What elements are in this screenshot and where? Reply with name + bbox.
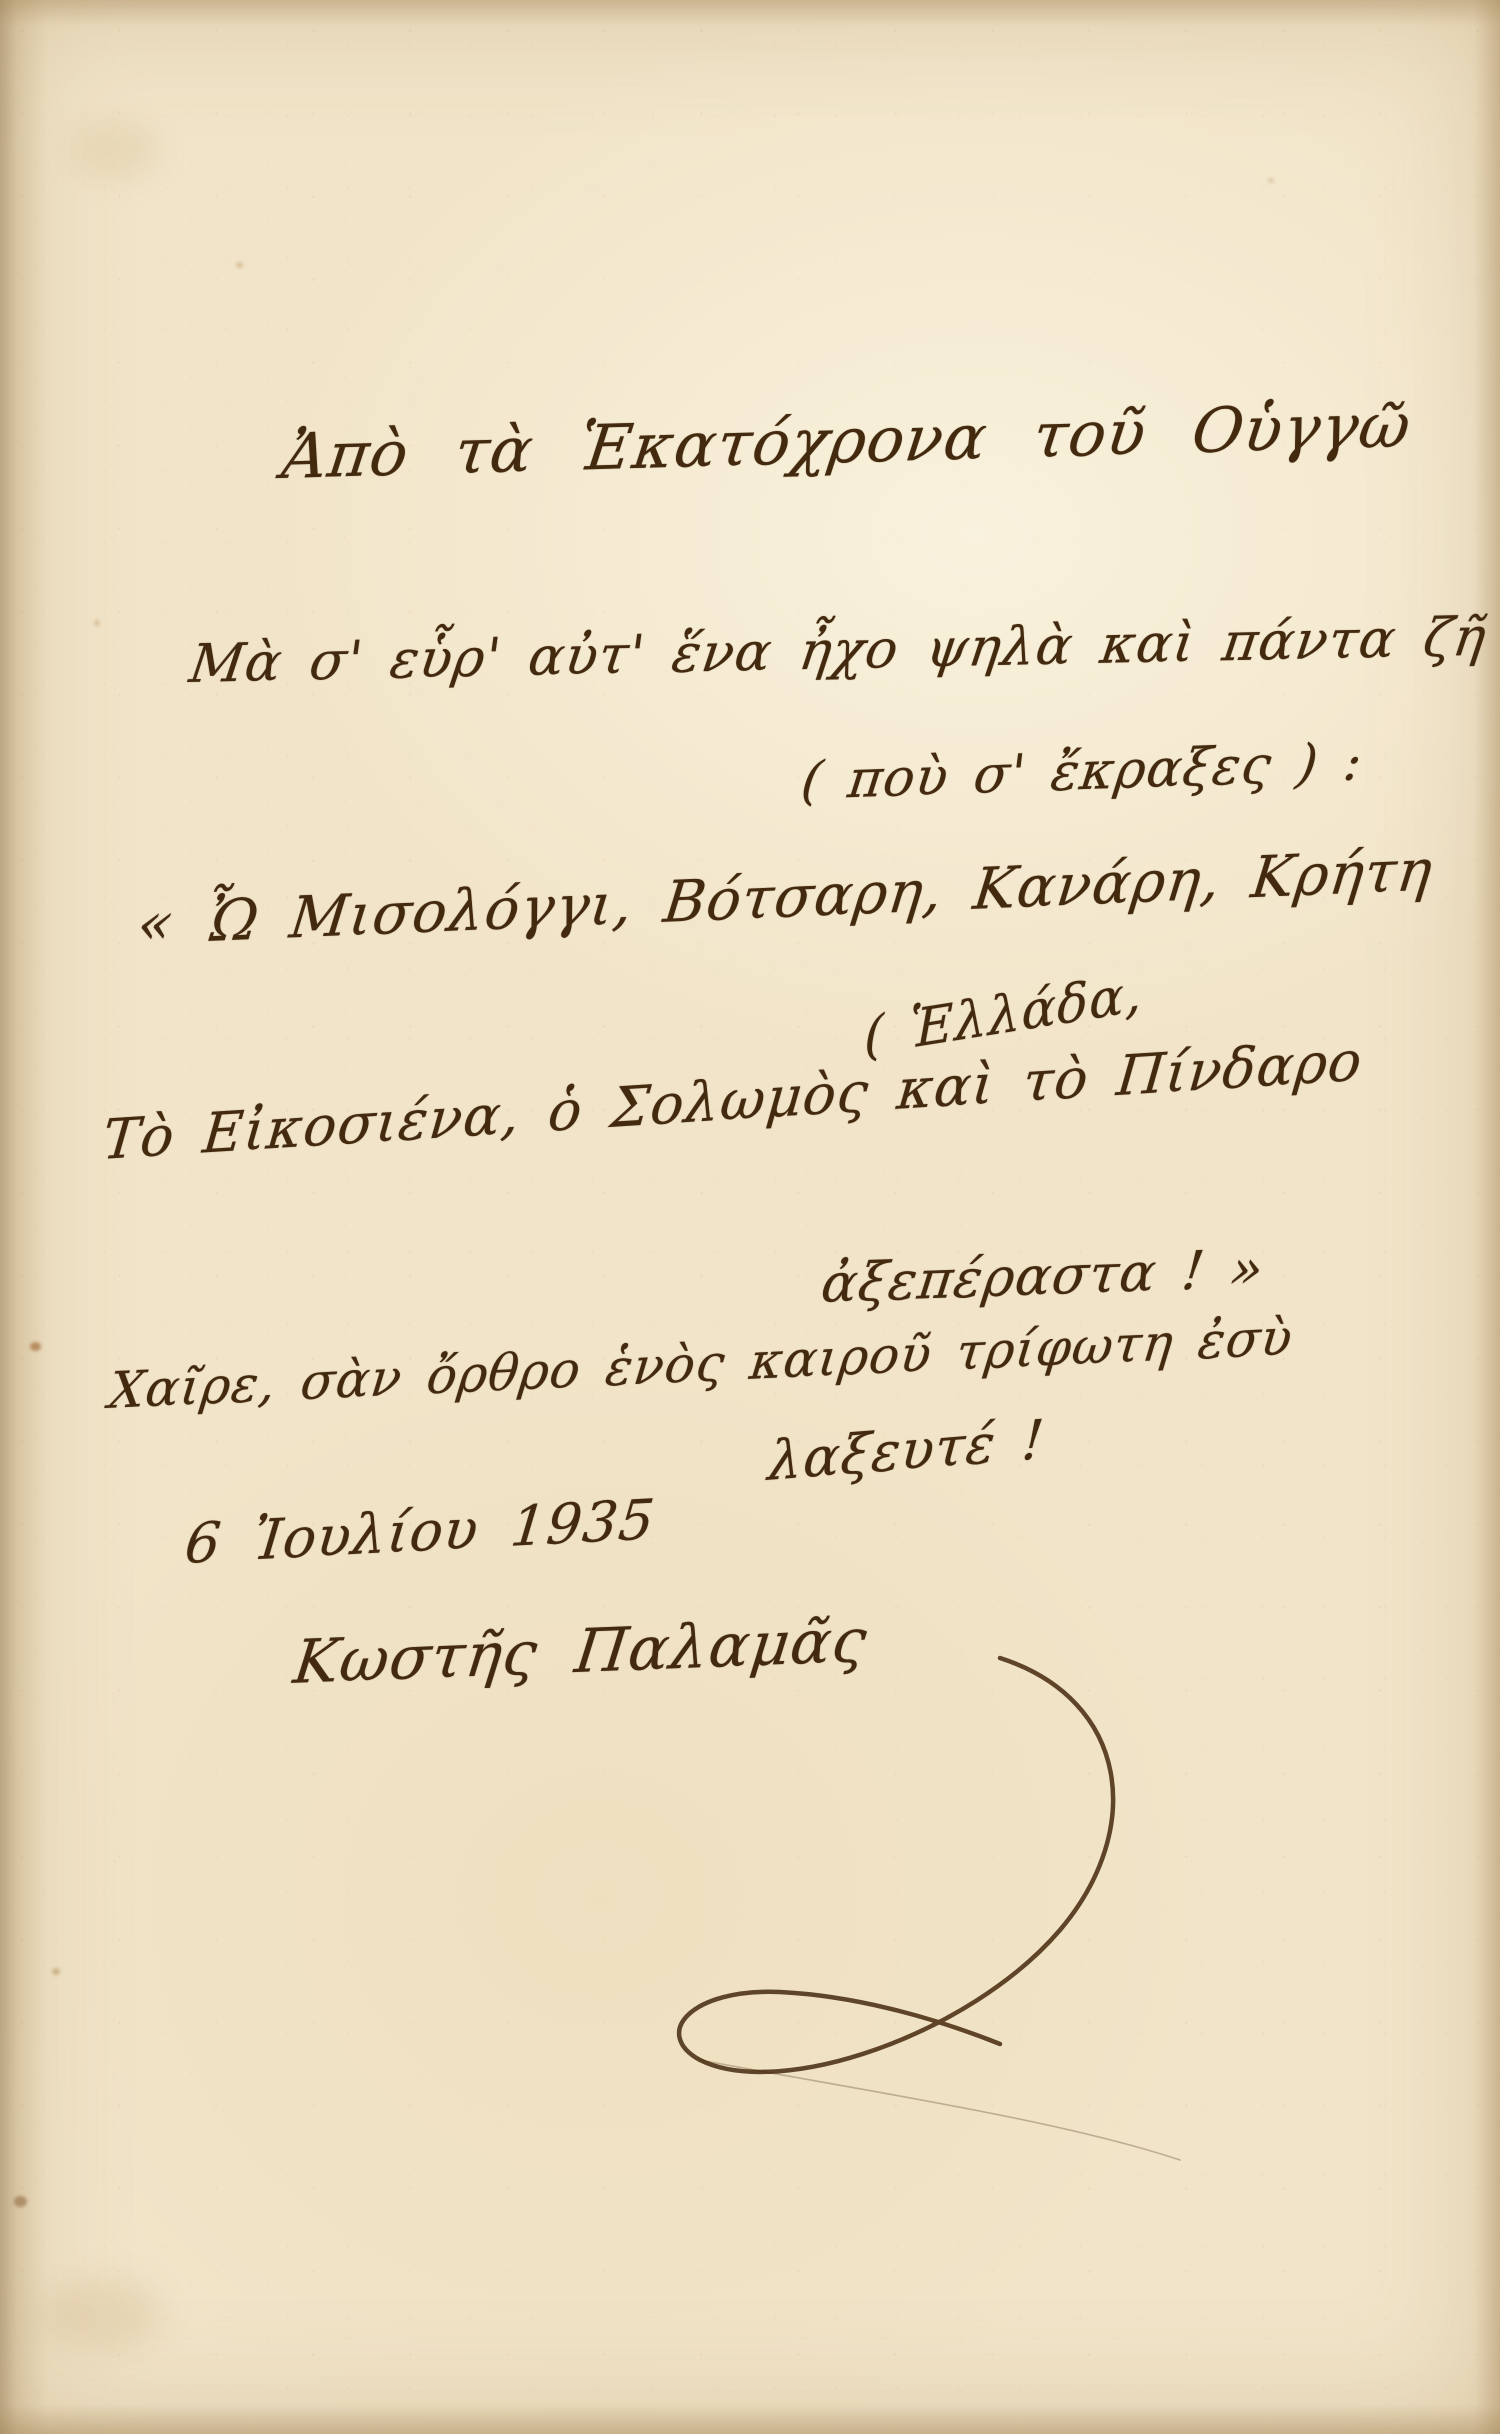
page-edge-shading-bottom [0,2404,1500,2434]
verse-line-2: « Ὦ Μισολόγγι, Βότσαρη, Κανάρη, Κρήτη [134,837,1436,958]
page-edge-shading-top [0,0,1500,26]
paper-stain [70,120,160,180]
page-edge-shading-left [0,0,48,2434]
date-line: 6 Ἰουλίου 1935 [182,1487,658,1576]
manuscript-page: Ἀπὸ τὰ Ἑκατόχρονα τοῦ Οὑγγῶ Μὰ σ' εὗρ' α… [0,0,1500,2434]
verse-line-6: λαξευτέ ! [766,1408,1047,1493]
foxing-spot [236,262,243,268]
foxing-spot [94,620,100,626]
signature-flourish [300,1620,1200,2200]
foxing-spot [1268,178,1274,183]
verse-line-4: ἀξεπέραστα ! » [818,1238,1268,1315]
verse-line-3: Τὸ Εἰκοσιένα, ὁ Σολωμὸς καὶ τὸ Πίνδαρο [100,1028,1365,1172]
page-edge-shading-right [1474,0,1500,2434]
signature: Κωστῆς Παλαμᾶς [290,1606,871,1698]
parenthetical-line: ( ποὺ σ' ἔκραξες ) : [798,732,1366,812]
verse-line-5: Χαῖρε, σὰν ὄρθρο ἑνὸς καιροῦ τρίφωτη ἐσὺ [106,1308,1296,1420]
inscription-title-line: Ἀπὸ τὰ Ἑκατόχρονα τοῦ Οὑγγῶ [278,388,1416,493]
paper-stain [40,2280,160,2350]
foxing-spot [52,1968,60,1975]
verse-line-1: Μὰ σ' εὗρ' αὐτ' ἕνα ἦχο ψηλὰ καὶ πάντα ζ… [186,607,1491,695]
